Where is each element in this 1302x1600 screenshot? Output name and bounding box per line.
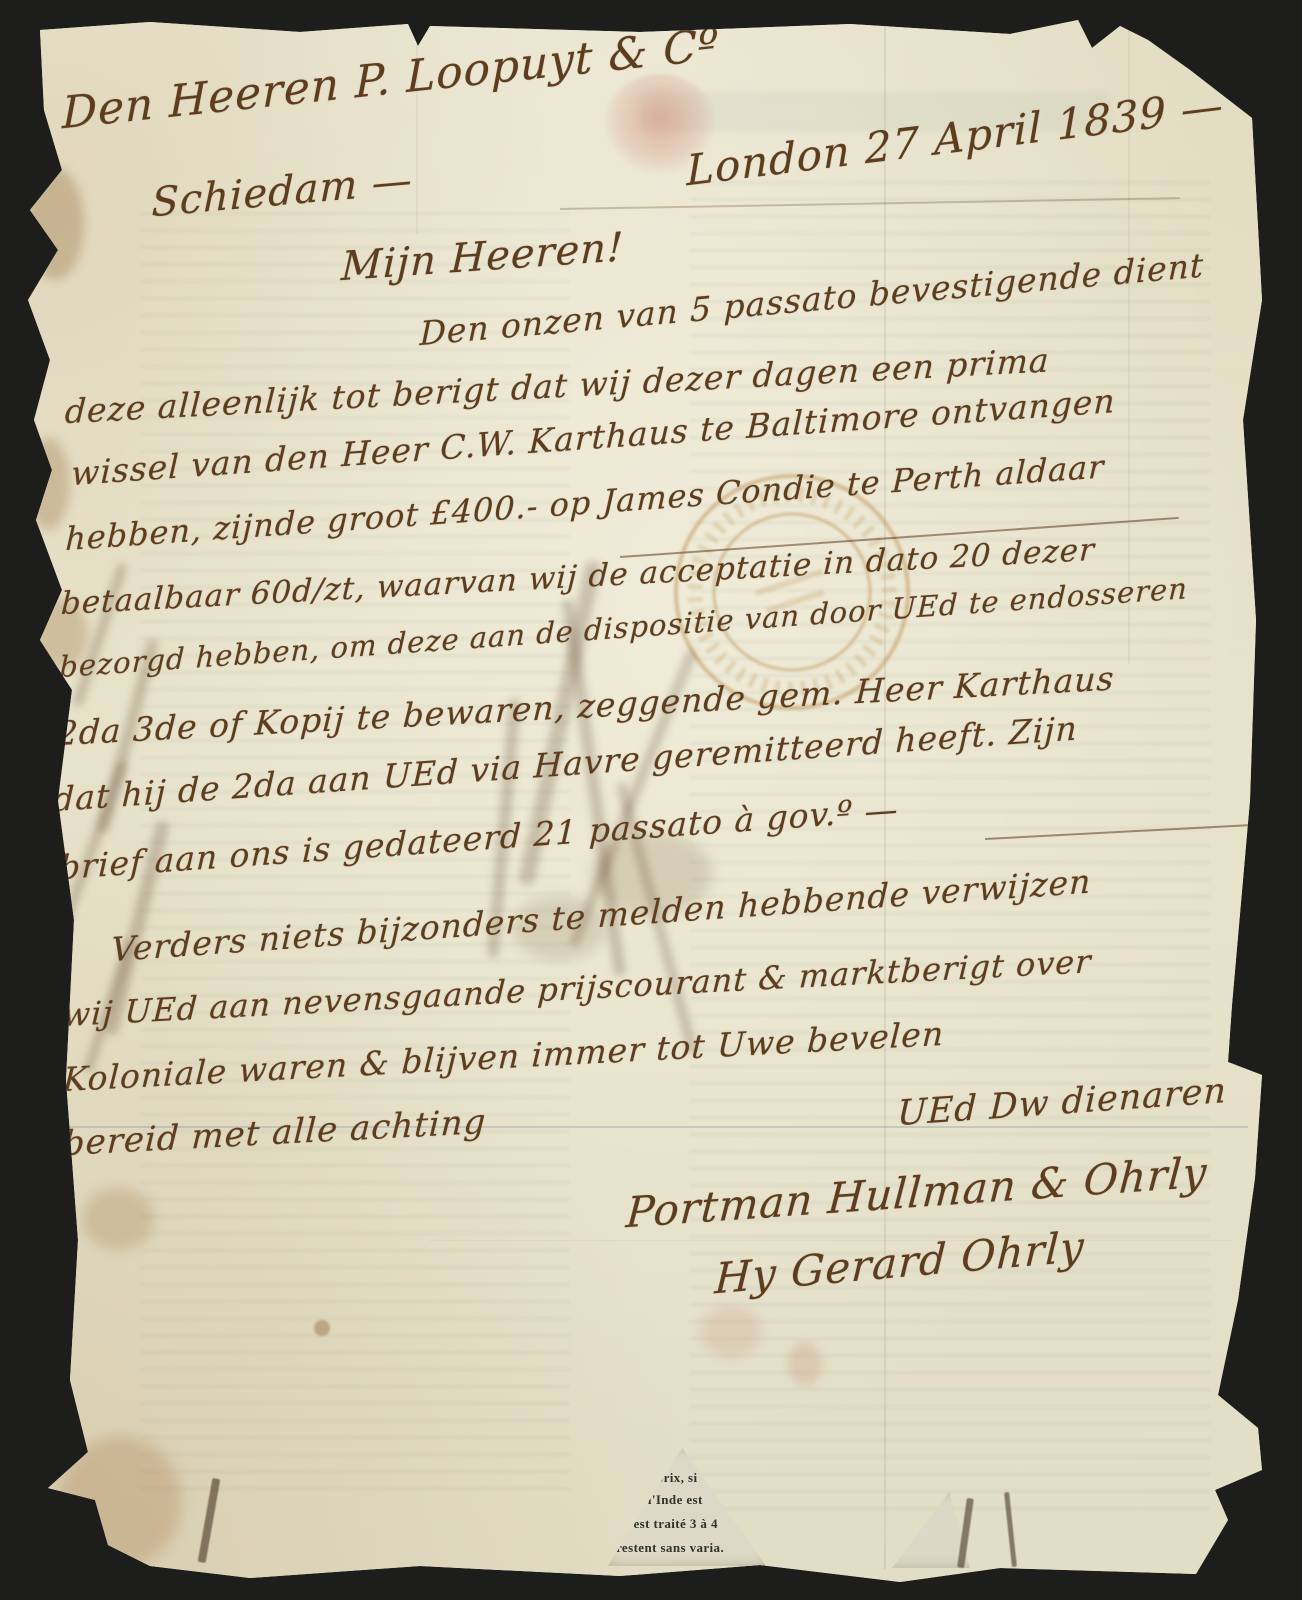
ink-mark (198, 1478, 221, 1563)
fox-spot (314, 1320, 330, 1336)
printed-fragment-line: s'est traité 3 à 4 (624, 1516, 718, 1532)
paper-sheet: Den Heeren P. Loopuyt & Cº Schiedam — Lo… (0, 0, 1302, 1600)
scanned-letter-page: Den Heeren P. Loopuyt & Cº Schiedam — Lo… (0, 0, 1302, 1600)
corner-stain (82, 1188, 154, 1250)
pink-smudge (788, 1342, 822, 1386)
printed-fragment-line: e l'Inde est (638, 1492, 703, 1508)
printed-fragment-line: prix, si (656, 1470, 697, 1486)
edge-stain (26, 438, 70, 530)
printed-fragment-line: restent sans varia. (616, 1540, 724, 1556)
corner-stain (58, 1436, 182, 1568)
horizontal-fold-line (430, 1240, 1230, 1241)
edge-stain (26, 168, 84, 280)
pink-smudge (700, 1305, 762, 1357)
